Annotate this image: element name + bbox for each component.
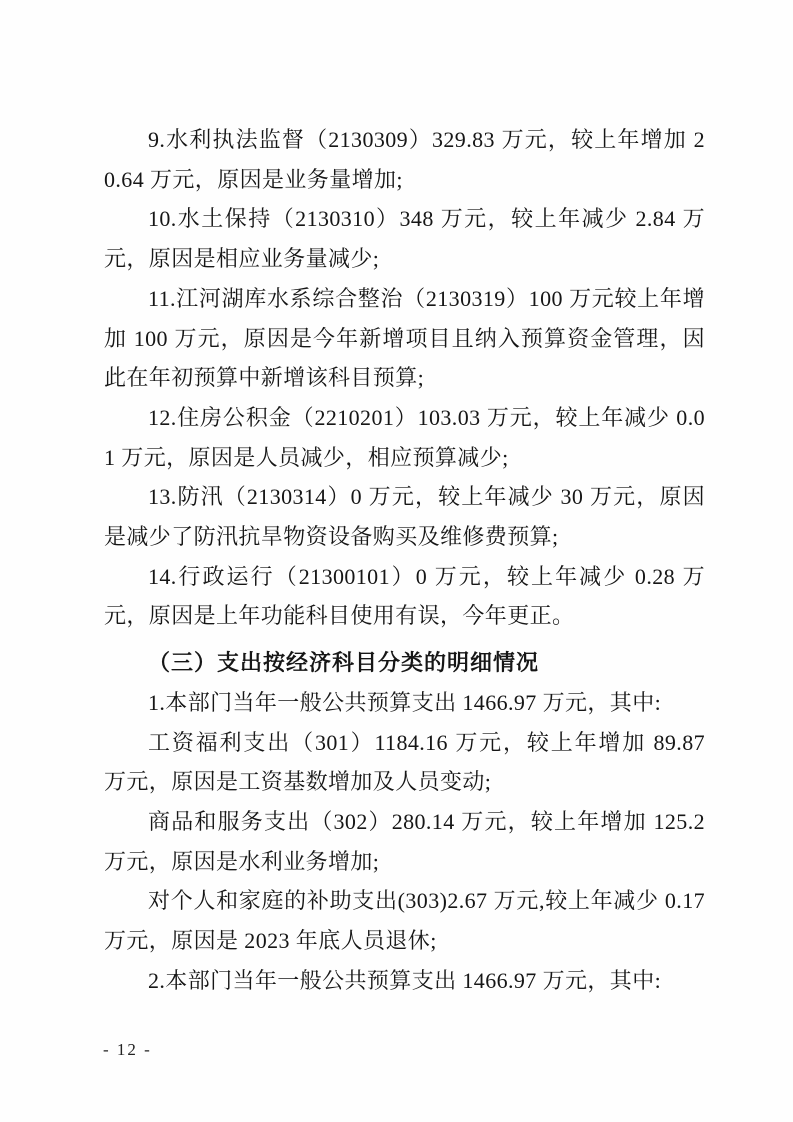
paragraph-summary-2: 2.本部门当年一般公共预算支出 1466.97 万元，其中: (104, 961, 705, 1001)
document-body: 9.水利执法监督（2130309）329.83 万元，较上年增加 20.64 万… (104, 120, 705, 1000)
paragraph-wages: 工资福利支出（301）1184.16 万元，较上年增加 89.87 万元，原因是… (104, 723, 705, 802)
paragraph-item-11: 11.江河湖库水系综合整治（2130319）100 万元较上年增加 100 万元… (104, 279, 705, 398)
section-heading: （三）支出按经济科目分类的明细情况 (104, 643, 705, 683)
page-number: - 12 - (103, 1040, 152, 1060)
paragraph-subsidies: 对个人和家庭的补助支出(303)2.67 万元,较上年减少 0.17 万元，原因… (104, 881, 705, 960)
paragraph-item-13: 13.防汛（2130314）0 万元，较上年减少 30 万元，原因是减少了防汛抗… (104, 477, 705, 556)
paragraph-item-9: 9.水利执法监督（2130309）329.83 万元，较上年增加 20.64 万… (104, 120, 705, 199)
paragraph-item-10: 10.水土保持（2130310）348 万元，较上年减少 2.84 万元，原因是… (104, 199, 705, 278)
paragraph-summary-1: 1.本部门当年一般公共预算支出 1466.97 万元，其中: (104, 683, 705, 723)
document-page: 9.水利执法监督（2130309）329.83 万元，较上年增加 20.64 万… (0, 0, 793, 1122)
paragraph-item-12: 12.住房公积金（2210201）103.03 万元，较上年减少 0.01 万元… (104, 398, 705, 477)
paragraph-item-14: 14.行政运行（21300101）0 万元，较上年减少 0.28 万元，原因是上… (104, 557, 705, 636)
paragraph-goods: 商品和服务支出（302）280.14 万元，较上年增加 125.2 万元，原因是… (104, 802, 705, 881)
